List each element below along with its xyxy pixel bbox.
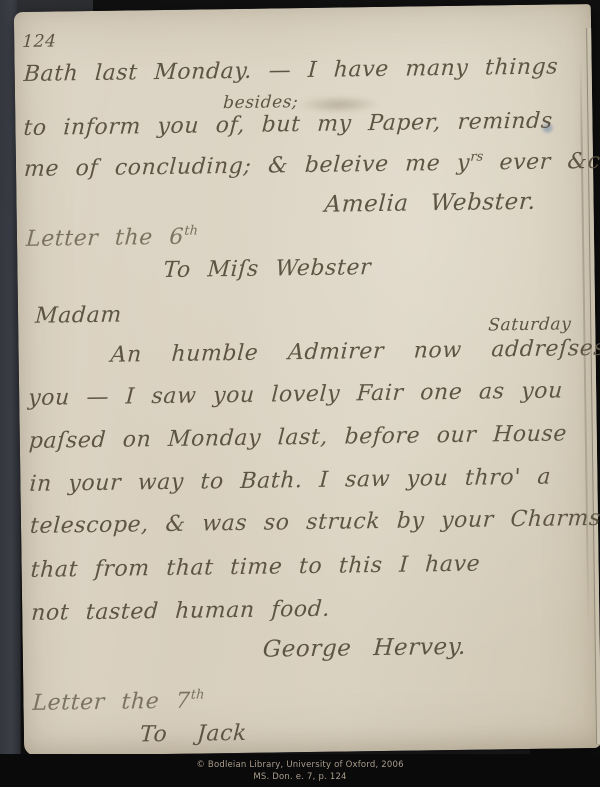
caption-shelfmark-line: MS. Don. e. 7, p. 124 bbox=[0, 772, 600, 784]
dateline-saturday: Saturday bbox=[488, 314, 572, 335]
ms-line-letter5-line3-pre: me of concluding; & beleive me y bbox=[23, 151, 470, 182]
letter7-heading-text: Letter the 7 bbox=[32, 689, 191, 716]
salutation-madam: Madam bbox=[34, 303, 122, 329]
ms-interlineation-besides: besides; bbox=[223, 92, 299, 113]
ms-line-letter5-line1: Bath last Monday. — I have many things bbox=[23, 54, 559, 86]
letter6-body-line-1: An humble Admirer now addreſses bbox=[110, 336, 600, 368]
ms-line-letter5-line3-post: ever &c. bbox=[482, 149, 600, 176]
letter6-body-line-6: that from that time to this I have bbox=[30, 552, 481, 583]
address-to-miss-webster: To Miſs Webster bbox=[163, 255, 372, 283]
letter6-heading-superscript: th bbox=[184, 224, 198, 239]
letter6-heading: Letter the 6th bbox=[25, 224, 198, 252]
letter7-heading: Letter the 7th bbox=[32, 687, 205, 715]
letter6-body-line-3: paſsed on Monday last, before our House bbox=[28, 421, 568, 454]
ms-line-letter5-line2: to inform you of, but my Paper, reminds bbox=[23, 109, 554, 141]
signature-george-hervey: George Hervey. bbox=[262, 634, 467, 663]
library-caption: © Bodleian Library, University of Oxford… bbox=[0, 760, 600, 783]
address-to-jack: To Jack bbox=[139, 721, 247, 748]
manuscript-page: 124 Bath last Monday. — I have many thin… bbox=[14, 4, 600, 756]
letter6-body-line-2: you — I saw you lovely Fair one as you bbox=[28, 378, 564, 410]
caption-credit-line: © Bodleian Library, University of Oxford… bbox=[0, 760, 600, 772]
letter6-body-line-7: not tasted human food. bbox=[31, 597, 331, 626]
signature-amelia-webster: Amelia Webster. bbox=[324, 189, 537, 218]
letter6-body-line-5: telescope, & was so struck by your Charm… bbox=[29, 506, 600, 539]
letter7-heading-superscript: th bbox=[190, 687, 204, 702]
letter6-heading-text: Letter the 6 bbox=[25, 225, 184, 252]
page-number: 124 bbox=[22, 31, 57, 51]
next-page-sliver bbox=[586, 28, 600, 744]
letter6-body-line-4: in your way to Bath. I saw you thro' a bbox=[29, 465, 552, 497]
ms-line-letter5-line3: me of concluding; & beleive me yrs ever … bbox=[23, 148, 600, 182]
bottom-black-band: © Bodleian Library, University of Oxford… bbox=[0, 754, 600, 787]
ms-superscript-yrs: rs bbox=[470, 150, 484, 165]
photograph-stage: 124 Bath last Monday. — I have many thin… bbox=[0, 0, 600, 787]
